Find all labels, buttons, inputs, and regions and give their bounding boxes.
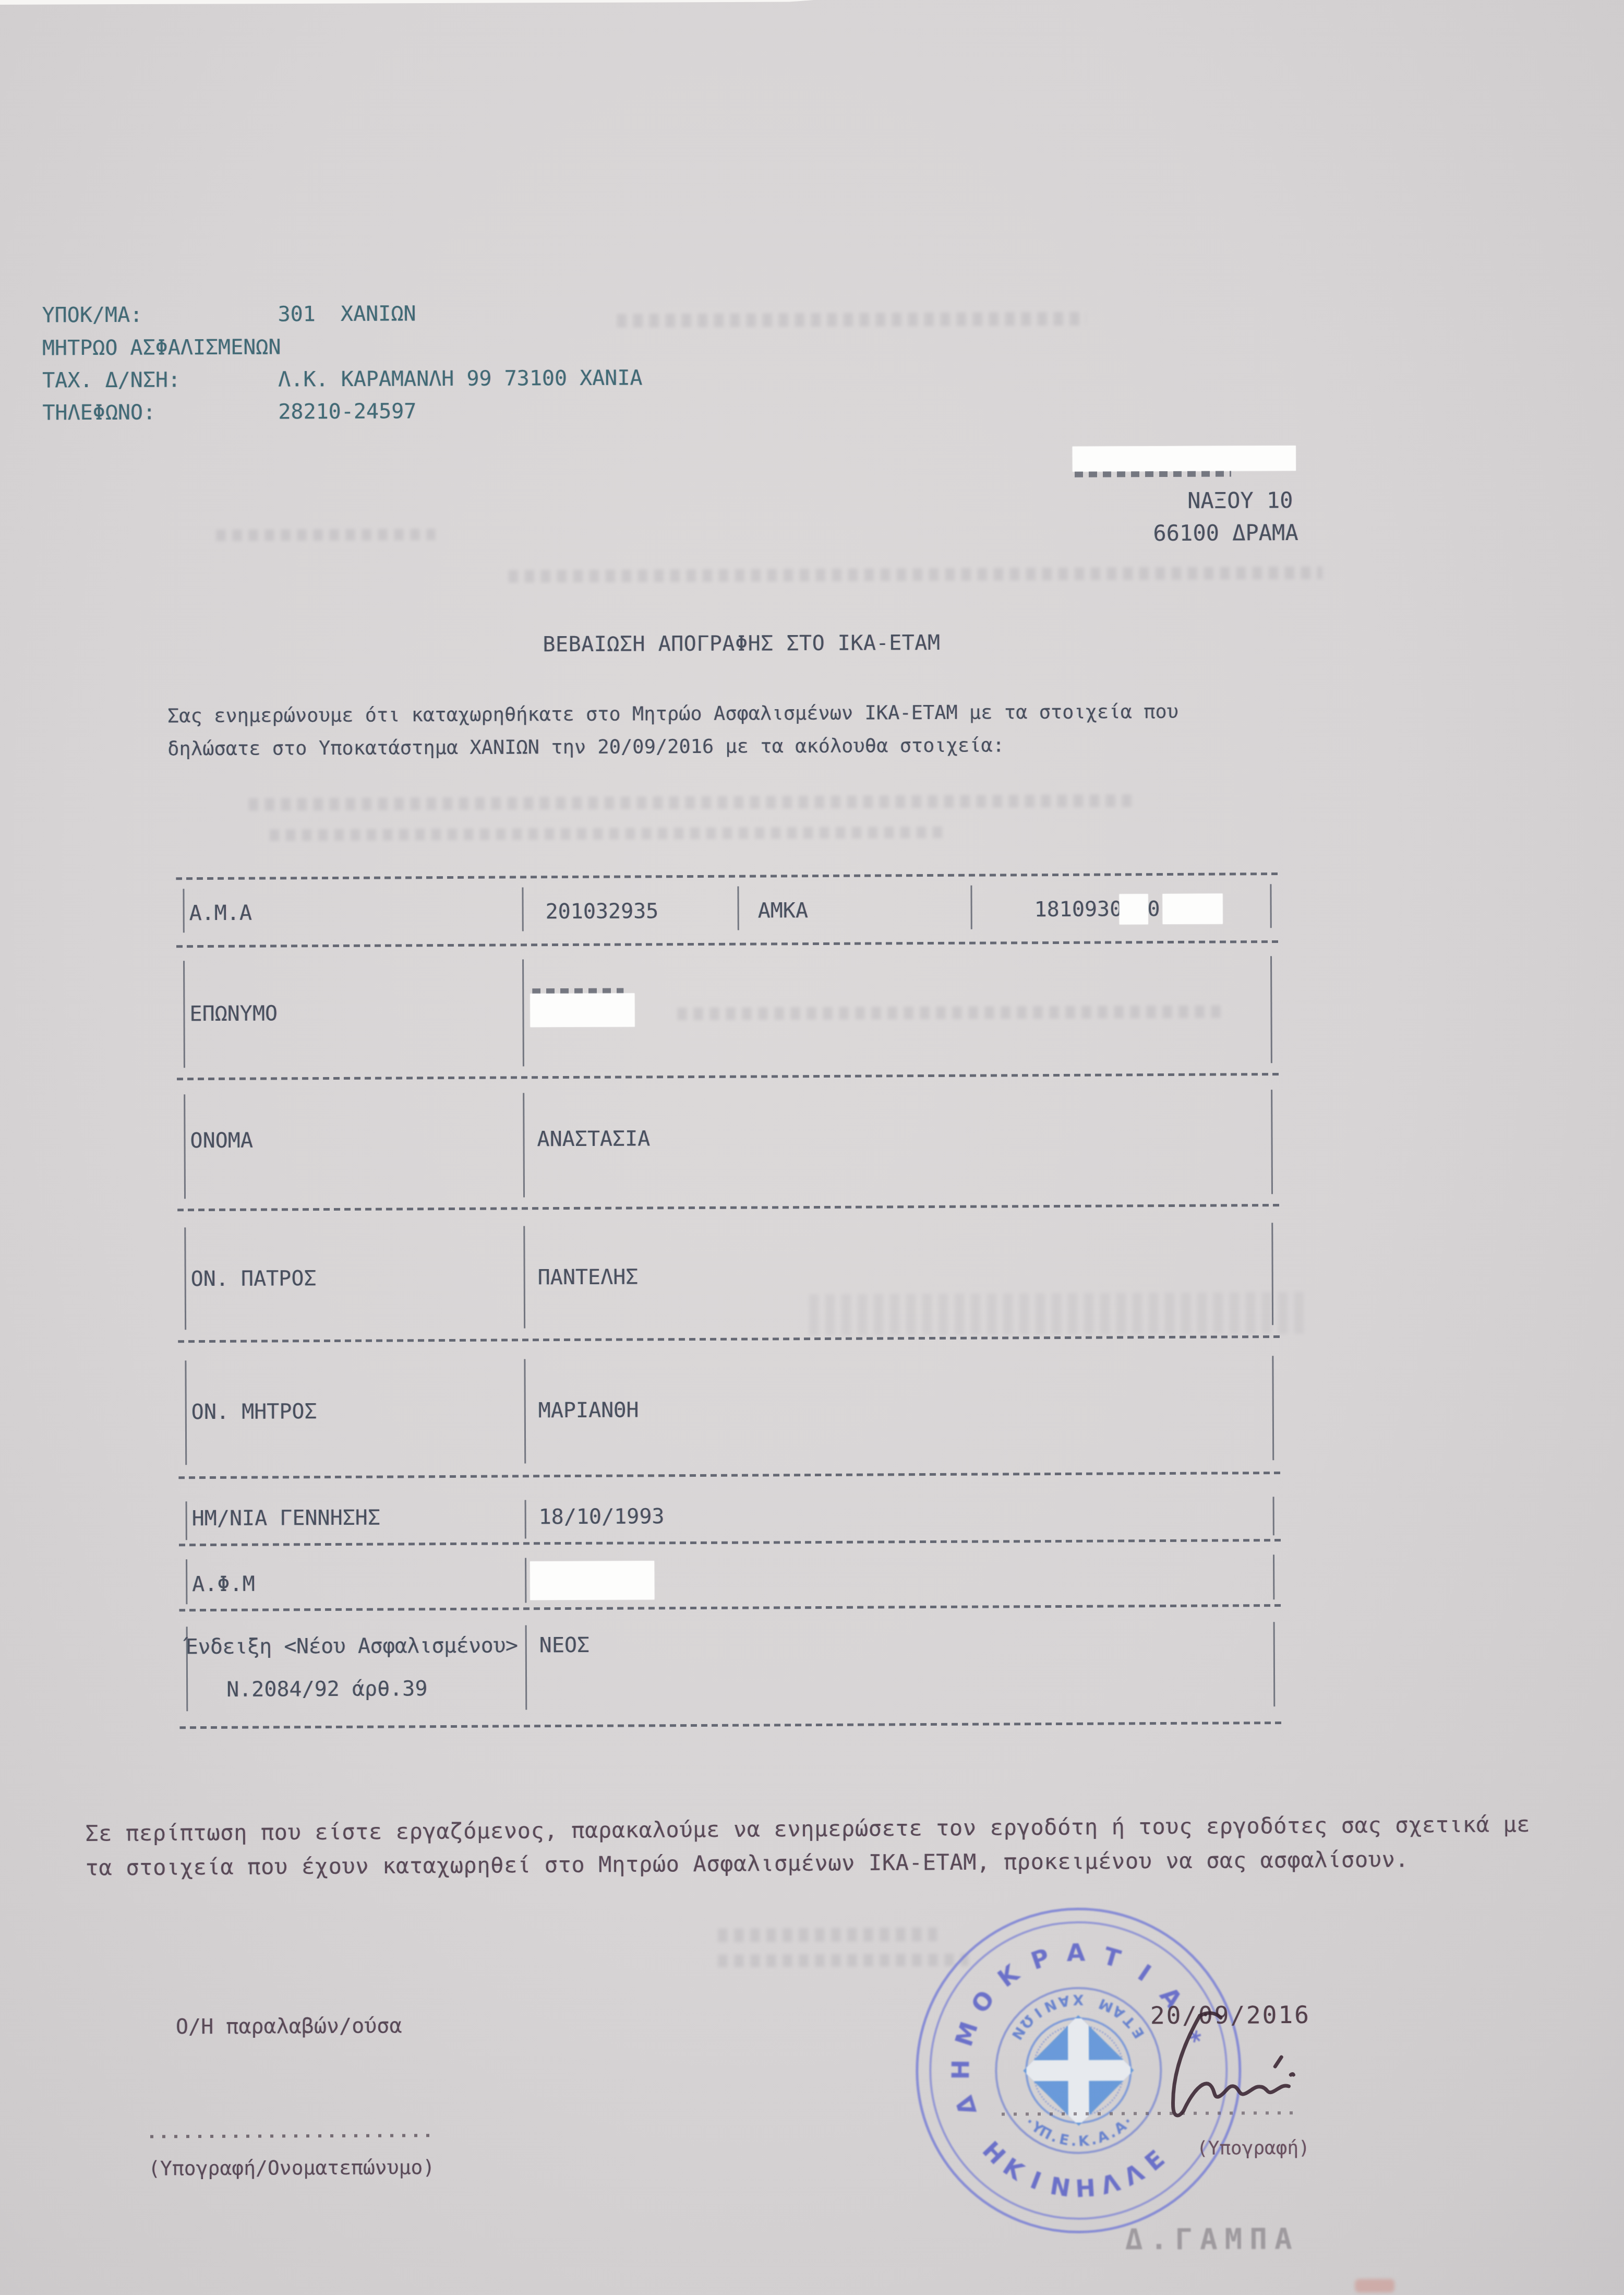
table-horizontal-rule (177, 1073, 1282, 1080)
table-vertical-bar (184, 1227, 186, 1330)
stamp-ring-letter: Ι (1031, 2004, 1044, 2021)
recipient-street: ΝΑΞΟΥ 10 (1187, 487, 1293, 513)
firstname-label: ΟΝΟΜΑ (190, 1129, 253, 1153)
registry-label: ΜΗΤΡΩΟ ΑΣΦΑΛΙΣΜΕΝΩΝ (42, 335, 281, 360)
branch-value: 301 ΧΑΝΙΩΝ (278, 302, 416, 326)
table-vertical-bar (1273, 1622, 1276, 1706)
table-vertical-bar (1273, 1555, 1274, 1599)
stamp-ring-letter: Λ (1119, 2158, 1149, 2191)
mother-name-value: ΜΑΡΙΑΝΘΗ (538, 1398, 639, 1423)
ama-value: 201032935 (546, 899, 659, 924)
indication-value: ΝΕΟΣ (539, 1633, 590, 1657)
stamp-ring-letter: Α (1066, 1938, 1086, 1967)
table-vertical-bar (186, 1559, 187, 1604)
stamp-ring-letter: Κ (992, 1959, 1024, 1993)
table-vertical-bar (183, 961, 185, 1068)
pink-smudge (1355, 2279, 1394, 2292)
stamp-ring-letter: Ρ (1027, 1943, 1053, 1975)
stamp-ring-letter: Η (946, 2060, 975, 2080)
table-horizontal-rule (176, 872, 1281, 880)
ghost-bleed-text (718, 1928, 937, 1942)
table-vertical-bar (184, 1094, 186, 1199)
table-horizontal-rule (176, 940, 1281, 948)
white-cross-icon (1039, 2031, 1118, 2110)
afm-label: Α.Φ.Μ (192, 1572, 255, 1597)
stamp-ring-letter: Ν (1048, 2171, 1072, 2202)
receiver-caption: (Υπογραφή/Ονοματεπώνυμο) (148, 2156, 435, 2180)
table-vertical-bar (1271, 1223, 1273, 1325)
indication-law-line: Ν.2084/92 άρθ.39 (226, 1677, 428, 1702)
stamp-ring-letter: Ο (966, 1985, 1001, 2018)
table-horizontal-rule (178, 1335, 1283, 1343)
table-vertical-bar (970, 886, 972, 929)
table-vertical-bar (525, 1500, 526, 1538)
signature-caption: (Υπογραφή) (1197, 2137, 1310, 2159)
stamp-ring-letter: Χ (1073, 1991, 1084, 2007)
phone-label: ΤΗΛΕΦΩΝΟ: (42, 400, 155, 425)
table-vertical-bar (183, 889, 184, 933)
table-horizontal-rule (179, 1722, 1284, 1729)
stamp-ring-letter: Η (1075, 2173, 1097, 2203)
table-vertical-bar (1270, 956, 1272, 1063)
stamp-ring-letter: Ε (1057, 2131, 1070, 2149)
handwritten-signature (1138, 2008, 1316, 2134)
stamp-ring-letter: Μ (949, 2018, 984, 2049)
receiver-signature-line (150, 2134, 436, 2138)
ghost-bleed-text (617, 312, 1087, 328)
intro-line-2: δηλώσατε στο Υποκατάστημα ΧΑΝΙΩΝ την 20/… (167, 734, 1004, 760)
table-horizontal-rule (179, 1539, 1284, 1546)
scanned-document-page: ΥΠΟΚ/ΜΑ: 301 ΧΑΝΙΩΝ ΜΗΤΡΩΟ ΑΣΦΑΛΙΣΜΕΝΩΝ … (0, 0, 1624, 2295)
table-vertical-bar (737, 887, 739, 930)
phone-value: 28210-24597 (278, 399, 416, 424)
birthdate-value: 18/10/1993 (539, 1504, 665, 1529)
birthdate-label: ΗΜ/ΝΙΑ ΓΕΝΝΗΣΗΣ (192, 1506, 380, 1531)
document-title: ΒΕΒΑΙΩΣΗ ΑΠΟΓΡΑΦΗΣ ΣΤΟ ΙΚΑ-ΕΤΑΜ (543, 631, 940, 656)
surname-label: ΕΠΩΝΥΜΟ (189, 1001, 278, 1026)
stamp-ring-letter: . (1070, 2133, 1077, 2150)
table-vertical-bar (522, 887, 523, 931)
stamp-ring-letter: Ε (1139, 2145, 1170, 2177)
stamp-ring-letter: Ν (1042, 1995, 1059, 2015)
stamp-ring-letter: Ι (1133, 1958, 1156, 1987)
table-vertical-bar (523, 1226, 525, 1328)
signer-name: Δ.ΓΑΜΠΑ (1125, 2222, 1300, 2256)
intro-line-1: Σας ενημερώνουμε ότι καταχωρηθήκατε στο … (167, 700, 1178, 727)
table-vertical-bar (1272, 1356, 1274, 1460)
document-content: ΥΠΟΚ/ΜΑ: 301 ΧΑΝΙΩΝ ΜΗΤΡΩΟ ΑΣΦΑΛΙΣΜΕΝΩΝ … (0, 0, 1624, 2295)
redacted-text-sliver (1075, 471, 1231, 477)
table-vertical-bar (525, 1558, 526, 1603)
stamp-ring-letter: Α (1057, 1992, 1071, 2010)
father-name-value: ΠΑΝΤΕΛΗΣ (538, 1265, 639, 1289)
ghost-bleed-text (509, 567, 1322, 583)
ghost-bleed-text (677, 1006, 1225, 1021)
recipient-city: 66100 ΔΡΑΜΑ (1153, 520, 1298, 546)
table-vertical-bar (524, 1359, 526, 1463)
ghost-bleed-text (270, 827, 948, 841)
footer-note-line-1: Σε περίπτωση που είστε εργαζόμενος, παρα… (85, 1811, 1530, 1846)
ghost-bleed-text (216, 529, 435, 541)
amka-label: ΑΜΚΑ (758, 899, 809, 923)
table-vertical-bar (523, 1093, 525, 1197)
firstname-value: ΑΝΑΣΤΑΣΙΑ (537, 1127, 650, 1151)
stamp-ring-letter: Λ (1098, 2168, 1123, 2201)
address-label: ΤΑΧ. Δ/ΝΣΗ: (42, 368, 181, 392)
father-name-label: ΟΝ. ΠΑΤΡΟΣ (191, 1266, 317, 1291)
indication-label: Ένδειξη <Νέου Ασφαλισμένου> (186, 1633, 518, 1659)
table-vertical-bar (525, 1625, 527, 1710)
branch-label: ΥΠΟΚ/ΜΑ: (42, 303, 143, 328)
amka-redaction-box (1120, 894, 1148, 924)
table-vertical-bar (1273, 1497, 1274, 1535)
recipient-name-redaction-box (1073, 446, 1296, 472)
table-horizontal-rule (179, 1604, 1284, 1611)
amka-value-wrap: 1810930140 (1034, 897, 1160, 922)
table-vertical-bar (522, 959, 524, 1066)
address-value: Λ.Κ. ΚΑΡΑΜΑΝΛΗ 99 73100 ΧΑΝΙΑ (278, 366, 643, 391)
table-vertical-bar (1271, 1090, 1273, 1194)
table-vertical-bar (1270, 884, 1271, 928)
stamp-ring-letter: Τ (1100, 1942, 1124, 1974)
table-vertical-bar (185, 1360, 187, 1465)
stamp-ring-letter: Κ (1078, 2133, 1090, 2149)
receiver-label: Ο/Η παραλαβών/ούσα (176, 2014, 402, 2039)
amka-redaction-box (1163, 894, 1223, 925)
table-horizontal-rule (177, 1204, 1282, 1211)
table-horizontal-rule (178, 1472, 1283, 1479)
mother-name-label: ΟΝ. ΜΗΤΡΟΣ (191, 1400, 317, 1424)
stamp-ring-letter: Δ (949, 2093, 982, 2119)
stamp-ring-letter: Ι (1027, 2166, 1045, 2195)
ghost-bleed-text (809, 1292, 1305, 1336)
surname-redaction-box (530, 993, 634, 1027)
footer-note-line-2: τα στοιχεία που έχουν καταχωρηθεί στο Μη… (85, 1846, 1409, 1880)
afm-redaction-box (530, 1561, 654, 1600)
table-vertical-bar (186, 1501, 187, 1540)
ghost-bleed-text (249, 794, 1136, 810)
ama-label: Α.Μ.Α (189, 901, 252, 926)
